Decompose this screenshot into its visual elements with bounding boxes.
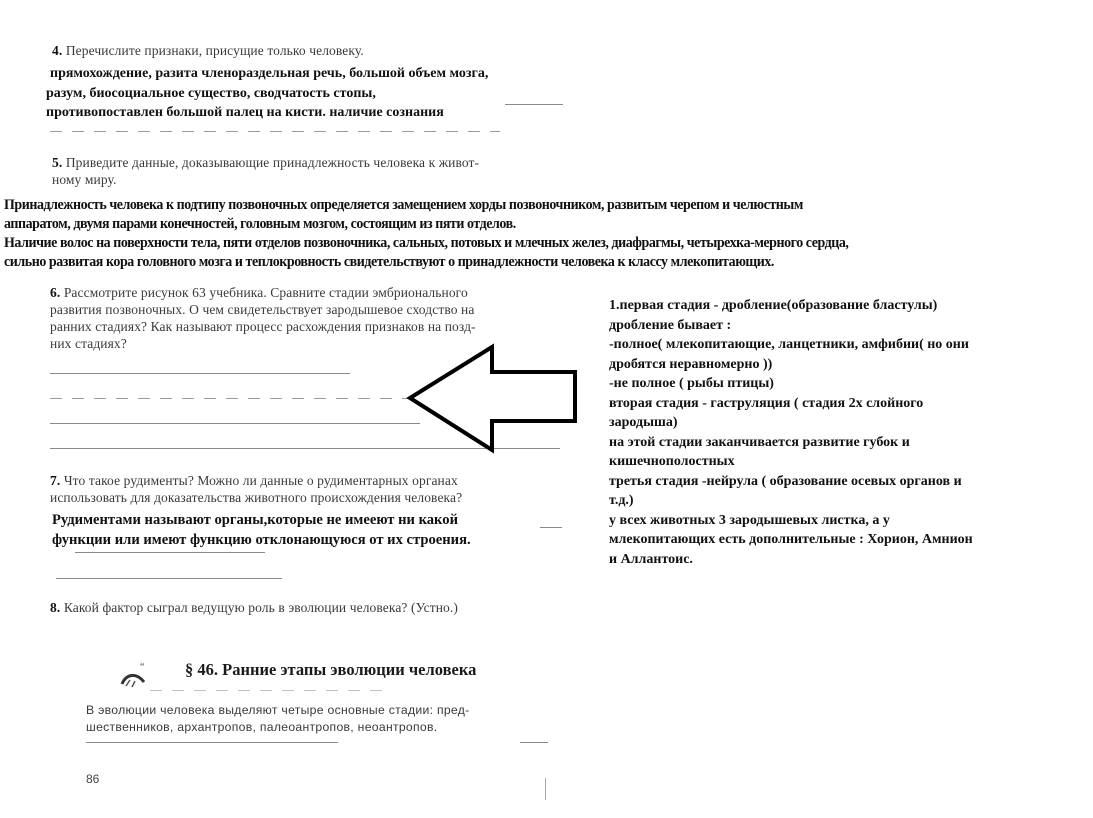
question-text: ранних стадиях? Как называют процесс рас… [50, 318, 580, 335]
answer-rule [50, 373, 350, 374]
divider [150, 690, 390, 691]
answer-line: кишечнополостных [609, 452, 1089, 472]
answer-line: дробление бывает : [609, 316, 1089, 336]
question-number: 5. [52, 155, 62, 170]
question-text: развития позвоночных. О чем свидетельств… [50, 301, 580, 318]
answer-line: -не полное ( рыбы птицы) [609, 374, 1089, 394]
section-intro-line: В эволюции человека выделяют четыре осно… [86, 702, 556, 719]
answer-line: на этой стадии заканчивается развитие гу… [609, 433, 1089, 453]
answer-rule [505, 104, 563, 105]
question-text: ному миру. [52, 171, 572, 188]
answer-line: у всех животных 3 зародышевых листка, а … [609, 511, 1089, 531]
answer-line: 1.первая стадия - дробление(образование … [609, 296, 1089, 316]
answer-line: прямохождение, разита членораздельная ре… [50, 64, 488, 84]
answer-line: дробятся неравномерно )) [609, 355, 1089, 375]
question-5: 5. Приведите данные, доказывающие принад… [52, 154, 572, 188]
answer-line: Наличие волос на поверхности тела, пяти … [4, 234, 1088, 253]
answer-line: вторая стадия - гаструляция ( стадия 2х … [609, 394, 1089, 414]
answer-line: аппаратом, двумя парами конечностей, гол… [4, 215, 1088, 234]
question-text: Что такое рудименты? Можно ли данные о р… [64, 473, 458, 488]
left-arrow-icon [400, 340, 590, 460]
answer-5: Принадлежность человека к подтипу позвон… [4, 196, 1088, 272]
question-number: 8. [50, 600, 60, 615]
section-title: § 46. Ранние этапы эволюции человека [185, 660, 476, 680]
question-text: Рассмотрите рисунок 63 учебника. Сравнит… [64, 285, 468, 300]
answer-line: Принадлежность человека к подтипу позвон… [4, 196, 1088, 215]
scan-artifact [545, 778, 546, 800]
answer-rule [86, 742, 338, 743]
answer-line: третья стадия -нейрула ( образование осе… [609, 472, 1089, 492]
answer-line: и Аллантоис. [609, 550, 1089, 570]
answer-line: разум, биосоциальное существо, сводчатос… [46, 84, 488, 104]
answer-4: прямохождение, разита членораздельная ре… [50, 64, 488, 123]
answer-rule [520, 742, 548, 743]
question-number: 4. [52, 43, 62, 58]
question-text: Перечислите признаки, присущие только че… [66, 43, 364, 58]
answer-rule [50, 423, 420, 424]
page-number: 86 [86, 772, 99, 786]
answer-7: Рудиментами называют органы,которые не и… [52, 510, 471, 550]
question-number: 7. [50, 473, 60, 488]
svg-text:“: “ [140, 662, 145, 673]
question-4: 4. Перечислите признаки, присущие только… [52, 42, 364, 59]
question-text: использовать для доказательства животног… [50, 489, 580, 506]
question-text: Какой фактор сыграл ведущую роль в эволю… [64, 600, 458, 615]
answer-line: противопоставлен большой палец на кисти.… [46, 103, 488, 123]
answer-line: сильно развитая кора головного мозга и т… [4, 253, 1088, 272]
answer-rule [75, 552, 265, 553]
answer-rule [50, 131, 500, 132]
answer-line: -полное( млекопитающие, ланцетники, амфи… [609, 335, 1089, 355]
answer-rule [56, 578, 282, 579]
question-text: Приведите данные, доказывающие принадлеж… [66, 155, 479, 170]
section-intro: В эволюции человека выделяют четыре осно… [86, 702, 556, 736]
question-7: 7. Что такое рудименты? Можно ли данные … [50, 472, 580, 506]
question-8: 8. Какой фактор сыграл ведущую роль в эв… [50, 599, 458, 616]
answer-rule [540, 527, 562, 528]
answer-line: зародыша) [609, 413, 1089, 433]
answer-line: Рудиментами называют органы,которые не и… [52, 510, 471, 530]
answer-6: 1.первая стадия - дробление(образование … [609, 296, 1089, 569]
question-number: 6. [50, 285, 60, 300]
answer-line: т.д.) [609, 491, 1089, 511]
answer-line: функции или имеют функцию отклонающуюся … [52, 530, 471, 550]
answer-line: млекопитающих есть дополнительные : Хори… [609, 530, 1089, 550]
section-intro-line: шественников, архантропов, палеоантропов… [86, 719, 556, 736]
